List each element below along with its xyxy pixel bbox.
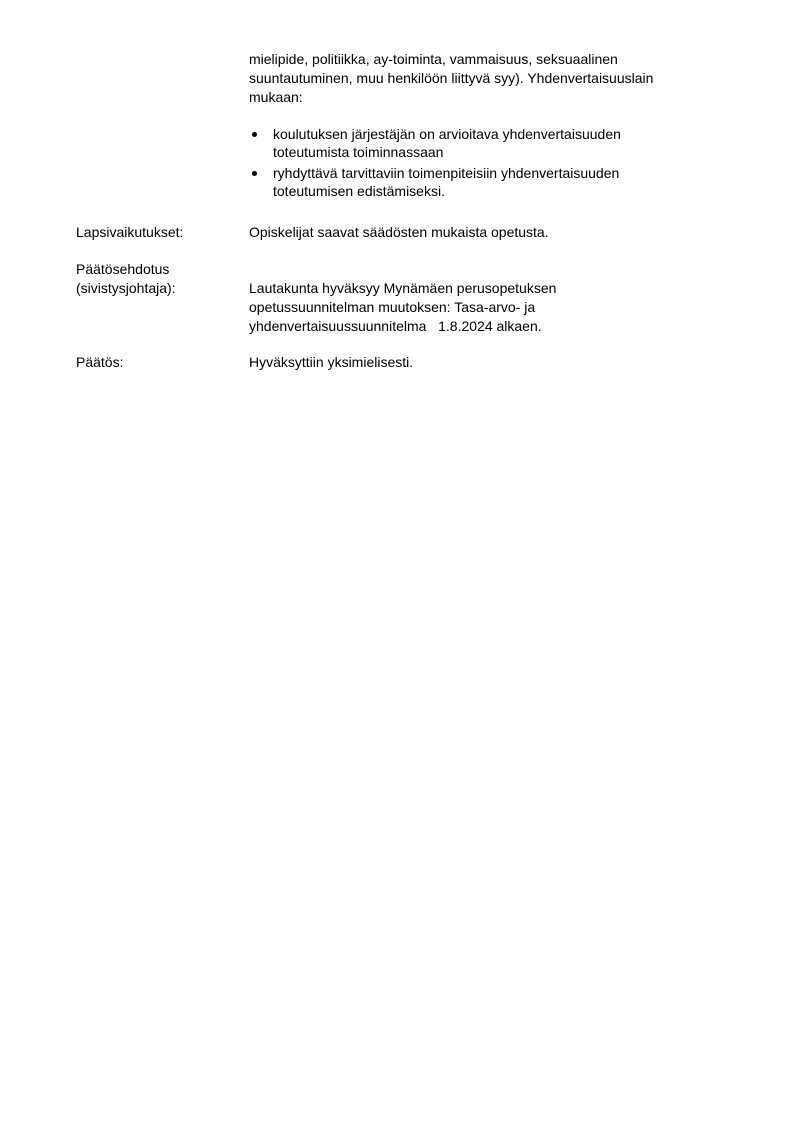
- bullet-dot-icon: [252, 132, 257, 137]
- proposal-value-line: yhdenvertaisuussuunnitelma 1.8.2024 alka…: [249, 317, 609, 336]
- list-item-line: toteutumisen edistämiseksi.: [273, 182, 679, 200]
- proposal-value: Lautakunta hyväksyy Mynämäen perusopetuk…: [249, 279, 609, 336]
- list-item-line: ryhdyttävä tarvittaviin toimenpiteisiin …: [273, 164, 679, 182]
- proposal-value-line: opetussuunnitelman muutoksen: Tasa-arvo-…: [249, 298, 609, 317]
- bullet-dot-icon: [252, 171, 257, 176]
- child-impacts-label: Lapsivaikutukset:: [76, 223, 246, 242]
- intro-line: mielipide, politiikka, ay-toiminta, vamm…: [249, 50, 709, 69]
- decision-value: Hyväksyttiin yksimielisesti.: [249, 353, 609, 372]
- proposal-value-line: Lautakunta hyväksyy Mynämäen perusopetuk…: [249, 279, 609, 298]
- bullet-list: koulutuksen järjestäjän on arvioitava yh…: [249, 125, 679, 203]
- list-item: koulutuksen järjestäjän on arvioitava yh…: [249, 125, 679, 161]
- document-page: mielipide, politiikka, ay-toiminta, vamm…: [0, 0, 794, 1122]
- list-item-line: toteutumista toiminnassaan: [273, 143, 679, 161]
- list-item: ryhdyttävä tarvittaviin toimenpiteisiin …: [249, 164, 679, 200]
- child-impacts-value: Opiskelijat saavat säädösten mukaista op…: [249, 223, 609, 242]
- proposal-label-line: Päätösehdotus: [76, 260, 246, 279]
- proposal-label-line: (sivistysjohtaja):: [76, 279, 246, 298]
- proposal-label: Päätösehdotus (sivistysjohtaja):: [76, 260, 246, 298]
- intro-paragraph: mielipide, politiikka, ay-toiminta, vamm…: [249, 50, 709, 107]
- intro-line: suuntautuminen, muu henkilöön liittyvä s…: [249, 69, 709, 88]
- decision-label: Päätös:: [76, 353, 246, 372]
- list-item-line: koulutuksen järjestäjän on arvioitava yh…: [273, 125, 679, 143]
- intro-line: mukaan:: [249, 88, 709, 107]
